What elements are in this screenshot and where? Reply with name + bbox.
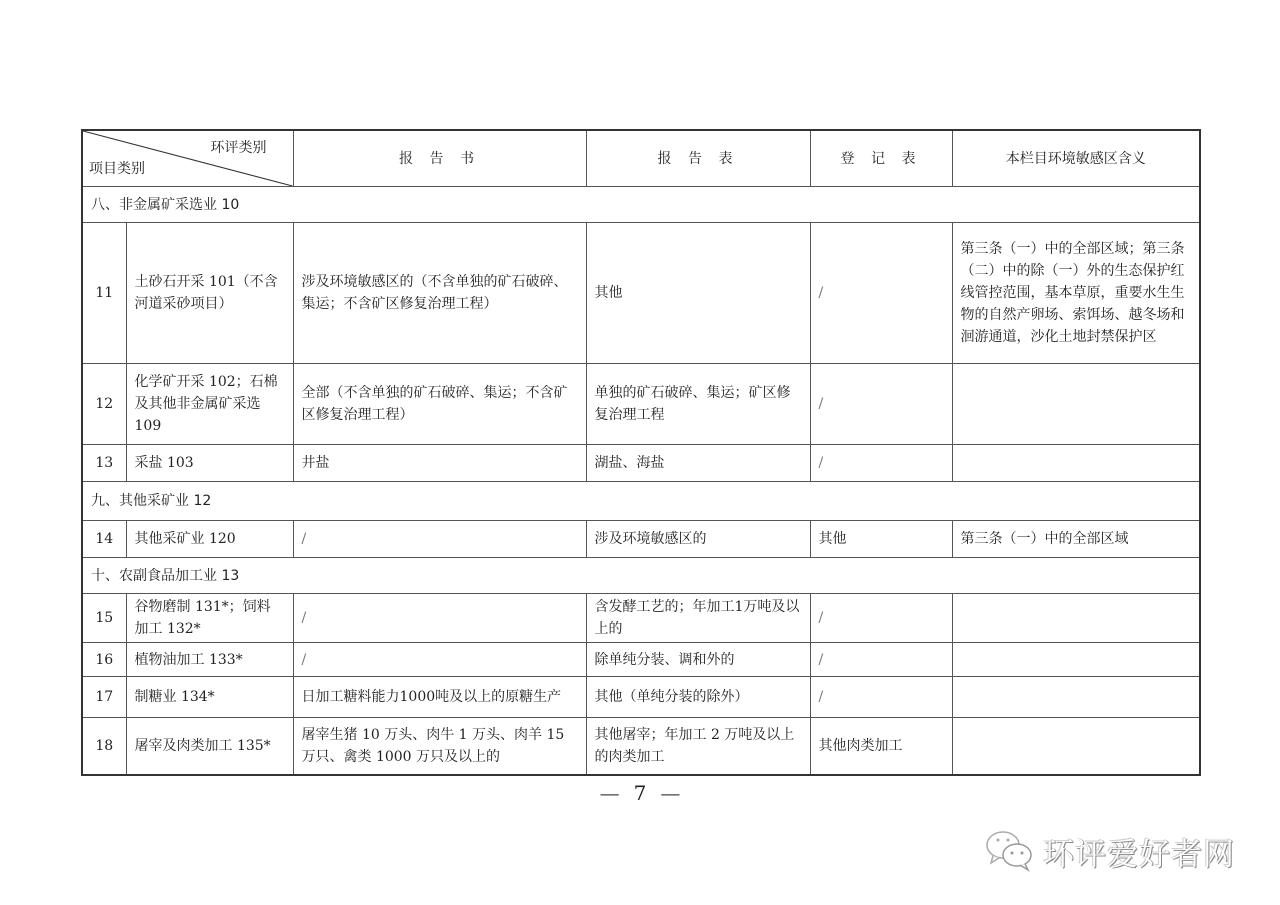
report-book-cell: 全部（不含单独的矿石破碎、集运；不含矿区修复治理工程） [293, 364, 586, 445]
row-number: 16 [82, 643, 126, 677]
section-title: 十、农副食品加工业 13 [82, 558, 1200, 594]
registration-cell: 其他 [810, 521, 952, 558]
wechat-icon [985, 829, 1035, 873]
table-row: 11 土砂石开采 101（不含河道采砂项目） 涉及环境敏感区的（不含单独的矿石破… [82, 223, 1200, 364]
report-form-cell: 湖盐、海盐 [586, 445, 810, 482]
report-form-cell: 其他 [586, 223, 810, 364]
page-number: 7 [634, 781, 647, 805]
watermark-text: 环评爱好者网 [1043, 829, 1235, 874]
table-header-row: 环评类别 项目类别 报 告 书 报 告 表 登 记 表 本栏目环境敏感区含义 [82, 130, 1200, 187]
sensitive-area-cell [952, 677, 1200, 718]
project-cell: 采盐 103 [126, 445, 293, 482]
registration-cell: / [810, 223, 952, 364]
registration-cell: / [810, 364, 952, 445]
report-book-cell: 屠宰生猪 10 万头、肉牛 1 万头、肉羊 15 万只、禽类 1000 万只及以… [293, 718, 586, 775]
report-book-cell: 日加工糖料能力1000吨及以上的原糖生产 [293, 677, 586, 718]
header-sensitive-area: 本栏目环境敏感区含义 [952, 130, 1200, 187]
report-book-cell: 涉及环境敏感区的（不含单独的矿石破碎、集运；不含矿区修复治理工程） [293, 223, 586, 364]
registration-cell: / [810, 594, 952, 643]
section-title: 九、其他采矿业 12 [82, 482, 1200, 521]
sensitive-area-cell: 第三条（一）中的全部区域 [952, 521, 1200, 558]
report-book-cell: 井盐 [293, 445, 586, 482]
project-cell: 其他采矿业 120 [126, 521, 293, 558]
report-form-cell: 涉及环境敏感区的 [586, 521, 810, 558]
section-row: 九、其他采矿业 12 [82, 482, 1200, 521]
report-form-cell: 除单纯分装、调和外的 [586, 643, 810, 677]
diagonal-header-cell: 环评类别 项目类别 [82, 130, 293, 187]
document-page: 环评类别 项目类别 报 告 书 报 告 表 登 记 表 本栏目环境敏感区含义 八… [0, 0, 1280, 905]
row-number: 15 [82, 594, 126, 643]
section-title: 八、非金属矿采选业 10 [82, 187, 1200, 223]
sensitive-area-cell [952, 445, 1200, 482]
table-row: 18 屠宰及肉类加工 135* 屠宰生猪 10 万头、肉牛 1 万头、肉羊 15… [82, 718, 1200, 775]
table-row: 16 植物油加工 133* / 除单纯分装、调和外的 / [82, 643, 1200, 677]
sensitive-area-cell: 第三条（一）中的全部区域；第三条（二）中的除（一）外的生态保护红线管控范围，基本… [952, 223, 1200, 364]
footer-dash-right: — [646, 781, 694, 805]
project-cell: 植物油加工 133* [126, 643, 293, 677]
report-form-cell: 其他屠宰；年加工 2 万吨及以上的肉类加工 [586, 718, 810, 775]
header-registration: 登 记 表 [810, 130, 952, 187]
sensitive-area-cell [952, 643, 1200, 677]
row-number: 12 [82, 364, 126, 445]
project-cell: 屠宰及肉类加工 135* [126, 718, 293, 775]
header-report-book: 报 告 书 [293, 130, 586, 187]
row-number: 14 [82, 521, 126, 558]
eia-classification-table: 环评类别 项目类别 报 告 书 报 告 表 登 记 表 本栏目环境敏感区含义 八… [81, 129, 1201, 776]
table-row: 14 其他采矿业 120 / 涉及环境敏感区的 其他 第三条（一）中的全部区域 [82, 521, 1200, 558]
section-row: 十、农副食品加工业 13 [82, 558, 1200, 594]
table-row: 13 采盐 103 井盐 湖盐、海盐 / [82, 445, 1200, 482]
table-row: 15 谷物磨制 131*；饲料加工 132* / 含发酵工艺的；年加工1万吨及以… [82, 594, 1200, 643]
section-row: 八、非金属矿采选业 10 [82, 187, 1200, 223]
project-cell: 化学矿开采 102；石棉及其他非金属矿采选 109 [126, 364, 293, 445]
page-number-footer: —7— [0, 781, 1280, 805]
header-eia-category: 环评类别 [211, 137, 267, 159]
row-number: 11 [82, 223, 126, 364]
project-cell: 制糖业 134* [126, 677, 293, 718]
project-cell: 土砂石开采 101（不含河道采砂项目） [126, 223, 293, 364]
row-number: 17 [82, 677, 126, 718]
registration-cell: / [810, 445, 952, 482]
table-row: 17 制糖业 134* 日加工糖料能力1000吨及以上的原糖生产 其他（单纯分装… [82, 677, 1200, 718]
row-number: 18 [82, 718, 126, 775]
header-report-form: 报 告 表 [586, 130, 810, 187]
row-number: 13 [82, 445, 126, 482]
report-form-cell: 单独的矿石破碎、集运；矿区修复治理工程 [586, 364, 810, 445]
sensitive-area-cell [952, 364, 1200, 445]
footer-dash-left: — [586, 781, 634, 805]
header-project-category: 项目类别 [89, 158, 145, 180]
report-form-cell: 其他（单纯分装的除外） [586, 677, 810, 718]
registration-cell: / [810, 677, 952, 718]
report-form-cell: 含发酵工艺的；年加工1万吨及以上的 [586, 594, 810, 643]
watermark: 环评爱好者网 [985, 826, 1235, 876]
registration-cell: / [810, 643, 952, 677]
report-book-cell: / [293, 521, 586, 558]
sensitive-area-cell [952, 594, 1200, 643]
sensitive-area-cell [952, 718, 1200, 775]
report-book-cell: / [293, 643, 586, 677]
project-cell: 谷物磨制 131*；饲料加工 132* [126, 594, 293, 643]
table-row: 12 化学矿开采 102；石棉及其他非金属矿采选 109 全部（不含单独的矿石破… [82, 364, 1200, 445]
registration-cell: 其他肉类加工 [810, 718, 952, 775]
report-book-cell: / [293, 594, 586, 643]
